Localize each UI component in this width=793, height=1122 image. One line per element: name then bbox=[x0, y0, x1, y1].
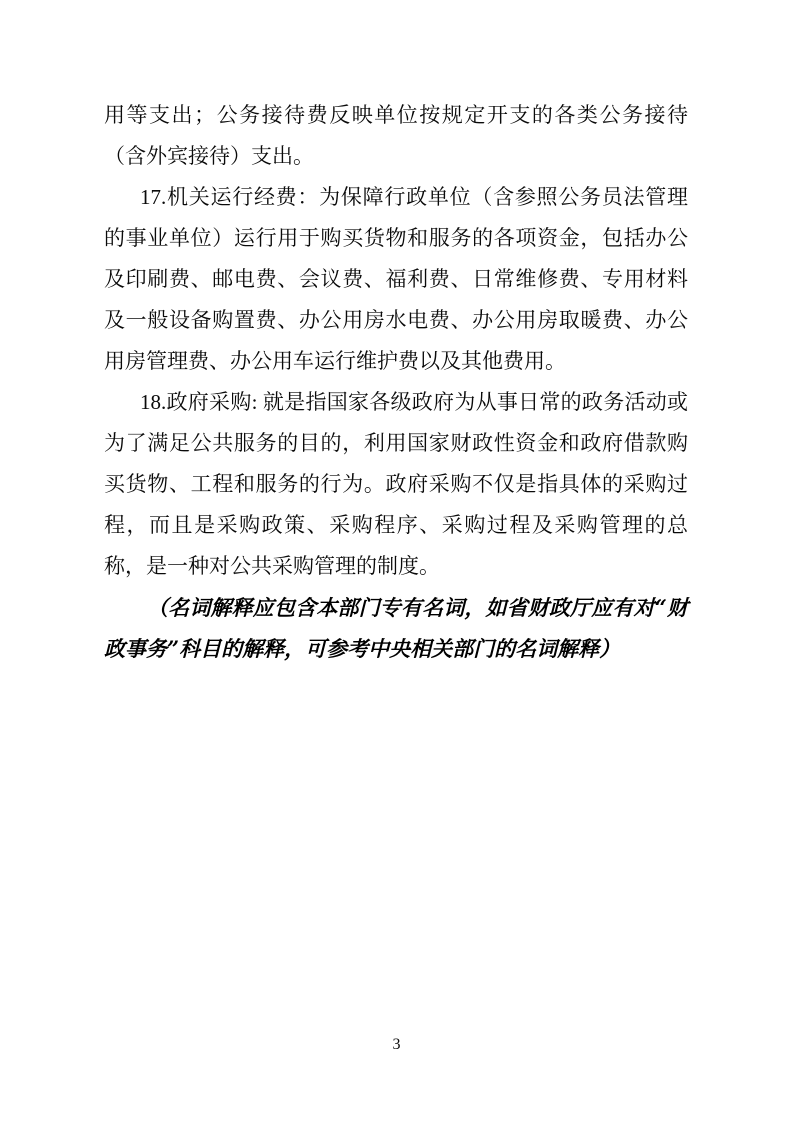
paragraph-continuation: 用等支出；公务接待费反映单位按规定开支的各类公务接待（含外宾接待）支出。 bbox=[104, 95, 688, 177]
page-number: 3 bbox=[393, 1036, 401, 1053]
document-page: 用等支出；公务接待费反映单位按规定开支的各类公务接待（含外宾接待）支出。 17.… bbox=[0, 0, 793, 1122]
text-block: 用等支出；公务接待费反映单位按规定开支的各类公务接待（含外宾接待）支出。 17.… bbox=[104, 95, 688, 669]
paragraph-term-18: 18.政府采购: 就是指国家各级政府为从事日常的政务活动或为了满足公共服务的目的… bbox=[104, 382, 688, 587]
paragraph-term-17: 17.机关运行经费：为保障行政单位（含参照公务员法管理的事业单位）运行用于购买货… bbox=[104, 177, 688, 382]
page-footer: 3 bbox=[0, 1036, 793, 1054]
paragraph-note-script: （名词解释应包含本部门专有名词，如省财政厅应有对“财政事务”科目的解释，可参考中… bbox=[104, 587, 688, 669]
